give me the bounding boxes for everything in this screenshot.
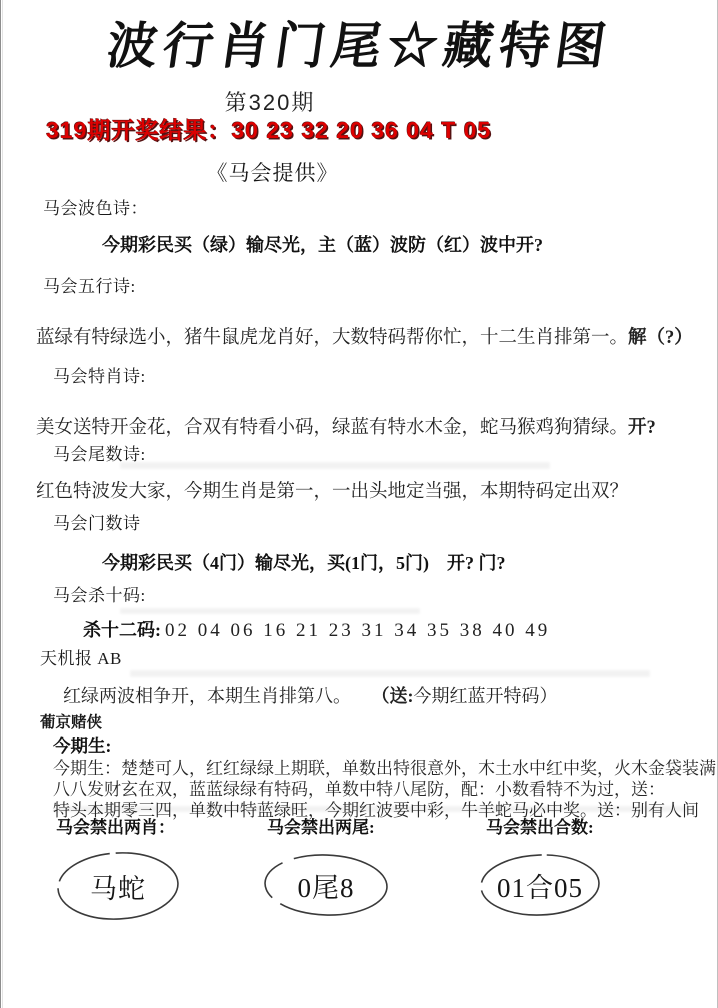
section-label-shashima: 马会杀十码: xyxy=(53,581,146,606)
forbidden-heshu-oval: 01合05 xyxy=(478,852,602,918)
texiao-poem-answer: 开? xyxy=(628,418,656,438)
forbidden-wei-oval: 0尾8 xyxy=(262,852,390,918)
section-label-texiao: 马会特肖诗: xyxy=(53,362,146,387)
forbid-heshu-label: 马会禁出合数: xyxy=(486,813,594,838)
weishu-poem-line: 红色特波发大家，今期生肖是第一，一出头地定当强，本期特码定出双？ xyxy=(36,477,628,503)
wuxing-poem-answer: 解（?） xyxy=(628,328,693,348)
forbidden-shengxiao-oval: 马蛇 xyxy=(55,850,181,922)
tianji-line: 红绿两波相争开，本期生肖排第八。 （送:今期红蓝开特码） xyxy=(63,682,558,708)
section-label-tianji: 天机报 AB xyxy=(40,644,122,669)
section-label-pujing: 葡京赌侠 xyxy=(40,710,102,732)
killed-numbers-label: 杀十二码: xyxy=(83,620,161,640)
forbidden-heshu-value: 01合05 xyxy=(478,852,602,918)
wuxing-poem-line: 蓝绿有特绿选小，猪牛鼠虎龙肖好，大数特码帮你忙，十二生肖排第一。解（?） xyxy=(36,323,693,349)
tianji-gift-prefix: （送: xyxy=(372,686,414,706)
section-label-wuxing: 马会五行诗: xyxy=(43,272,136,297)
page-title: 波行肖门尾☆藏特图 xyxy=(35,6,685,78)
texiao-poem-text: 美女送特开金花，合双有特看小码，绿蓝有特水木金，蛇马猴鸡狗猜绿。 xyxy=(36,418,628,438)
forbid-two-shengxiao-label: 马会禁出两肖： xyxy=(56,813,175,838)
forbid-two-wei-label: 马会禁出两尾: xyxy=(267,813,375,838)
page-edge-line xyxy=(2,0,3,1008)
killed-numbers-values: 02 04 06 16 21 23 31 34 35 38 40 49 xyxy=(165,620,550,641)
section-label-bose: 马会波色诗： xyxy=(43,194,148,219)
killed-numbers-line: 杀十二码: 02 04 06 16 21 23 31 34 35 38 40 4… xyxy=(83,616,550,642)
forbidden-wei-value: 0尾8 xyxy=(262,852,390,918)
scan-artifact xyxy=(120,462,550,469)
bose-poem-line: 今期彩民买（绿）输尽光，主（蓝）波防（红）波中开? xyxy=(102,231,543,257)
wuxing-poem-text: 蓝绿有特绿选小，猪牛鼠虎龙肖好，大数特码帮你忙，十二生肖排第一。 xyxy=(36,328,628,348)
scan-artifact xyxy=(120,608,420,614)
forbidden-shengxiao-value: 马蛇 xyxy=(55,850,181,922)
tianji-gift-text: 今期红蓝开特码） xyxy=(414,686,558,706)
scan-artifact xyxy=(130,670,650,677)
section-label-weishu: 马会尾数诗: xyxy=(53,440,146,465)
menshu-poem-line: 今期彩民买（4门）输尽光，买(1门，5门) 开? 门? xyxy=(102,549,506,575)
previous-draw-result: 319期开奖结果：30 23 32 20 36 04 T 05 xyxy=(46,112,491,145)
page-edge-line xyxy=(0,0,1,1008)
section-label-menshu: 马会门数诗 xyxy=(53,509,141,534)
provider-line: 《马会提供》 xyxy=(0,157,545,187)
tip-sheet-page: 波行肖门尾☆藏特图 第320期 319期开奖结果：30 23 32 20 36 … xyxy=(0,0,718,1008)
texiao-poem-line: 美女送特开金花，合双有特看小码，绿蓝有特水木金，蛇马猴鸡狗猜绿。开? xyxy=(36,413,656,439)
tianji-text: 红绿两波相争开，本期生肖排第八。 xyxy=(63,686,351,706)
